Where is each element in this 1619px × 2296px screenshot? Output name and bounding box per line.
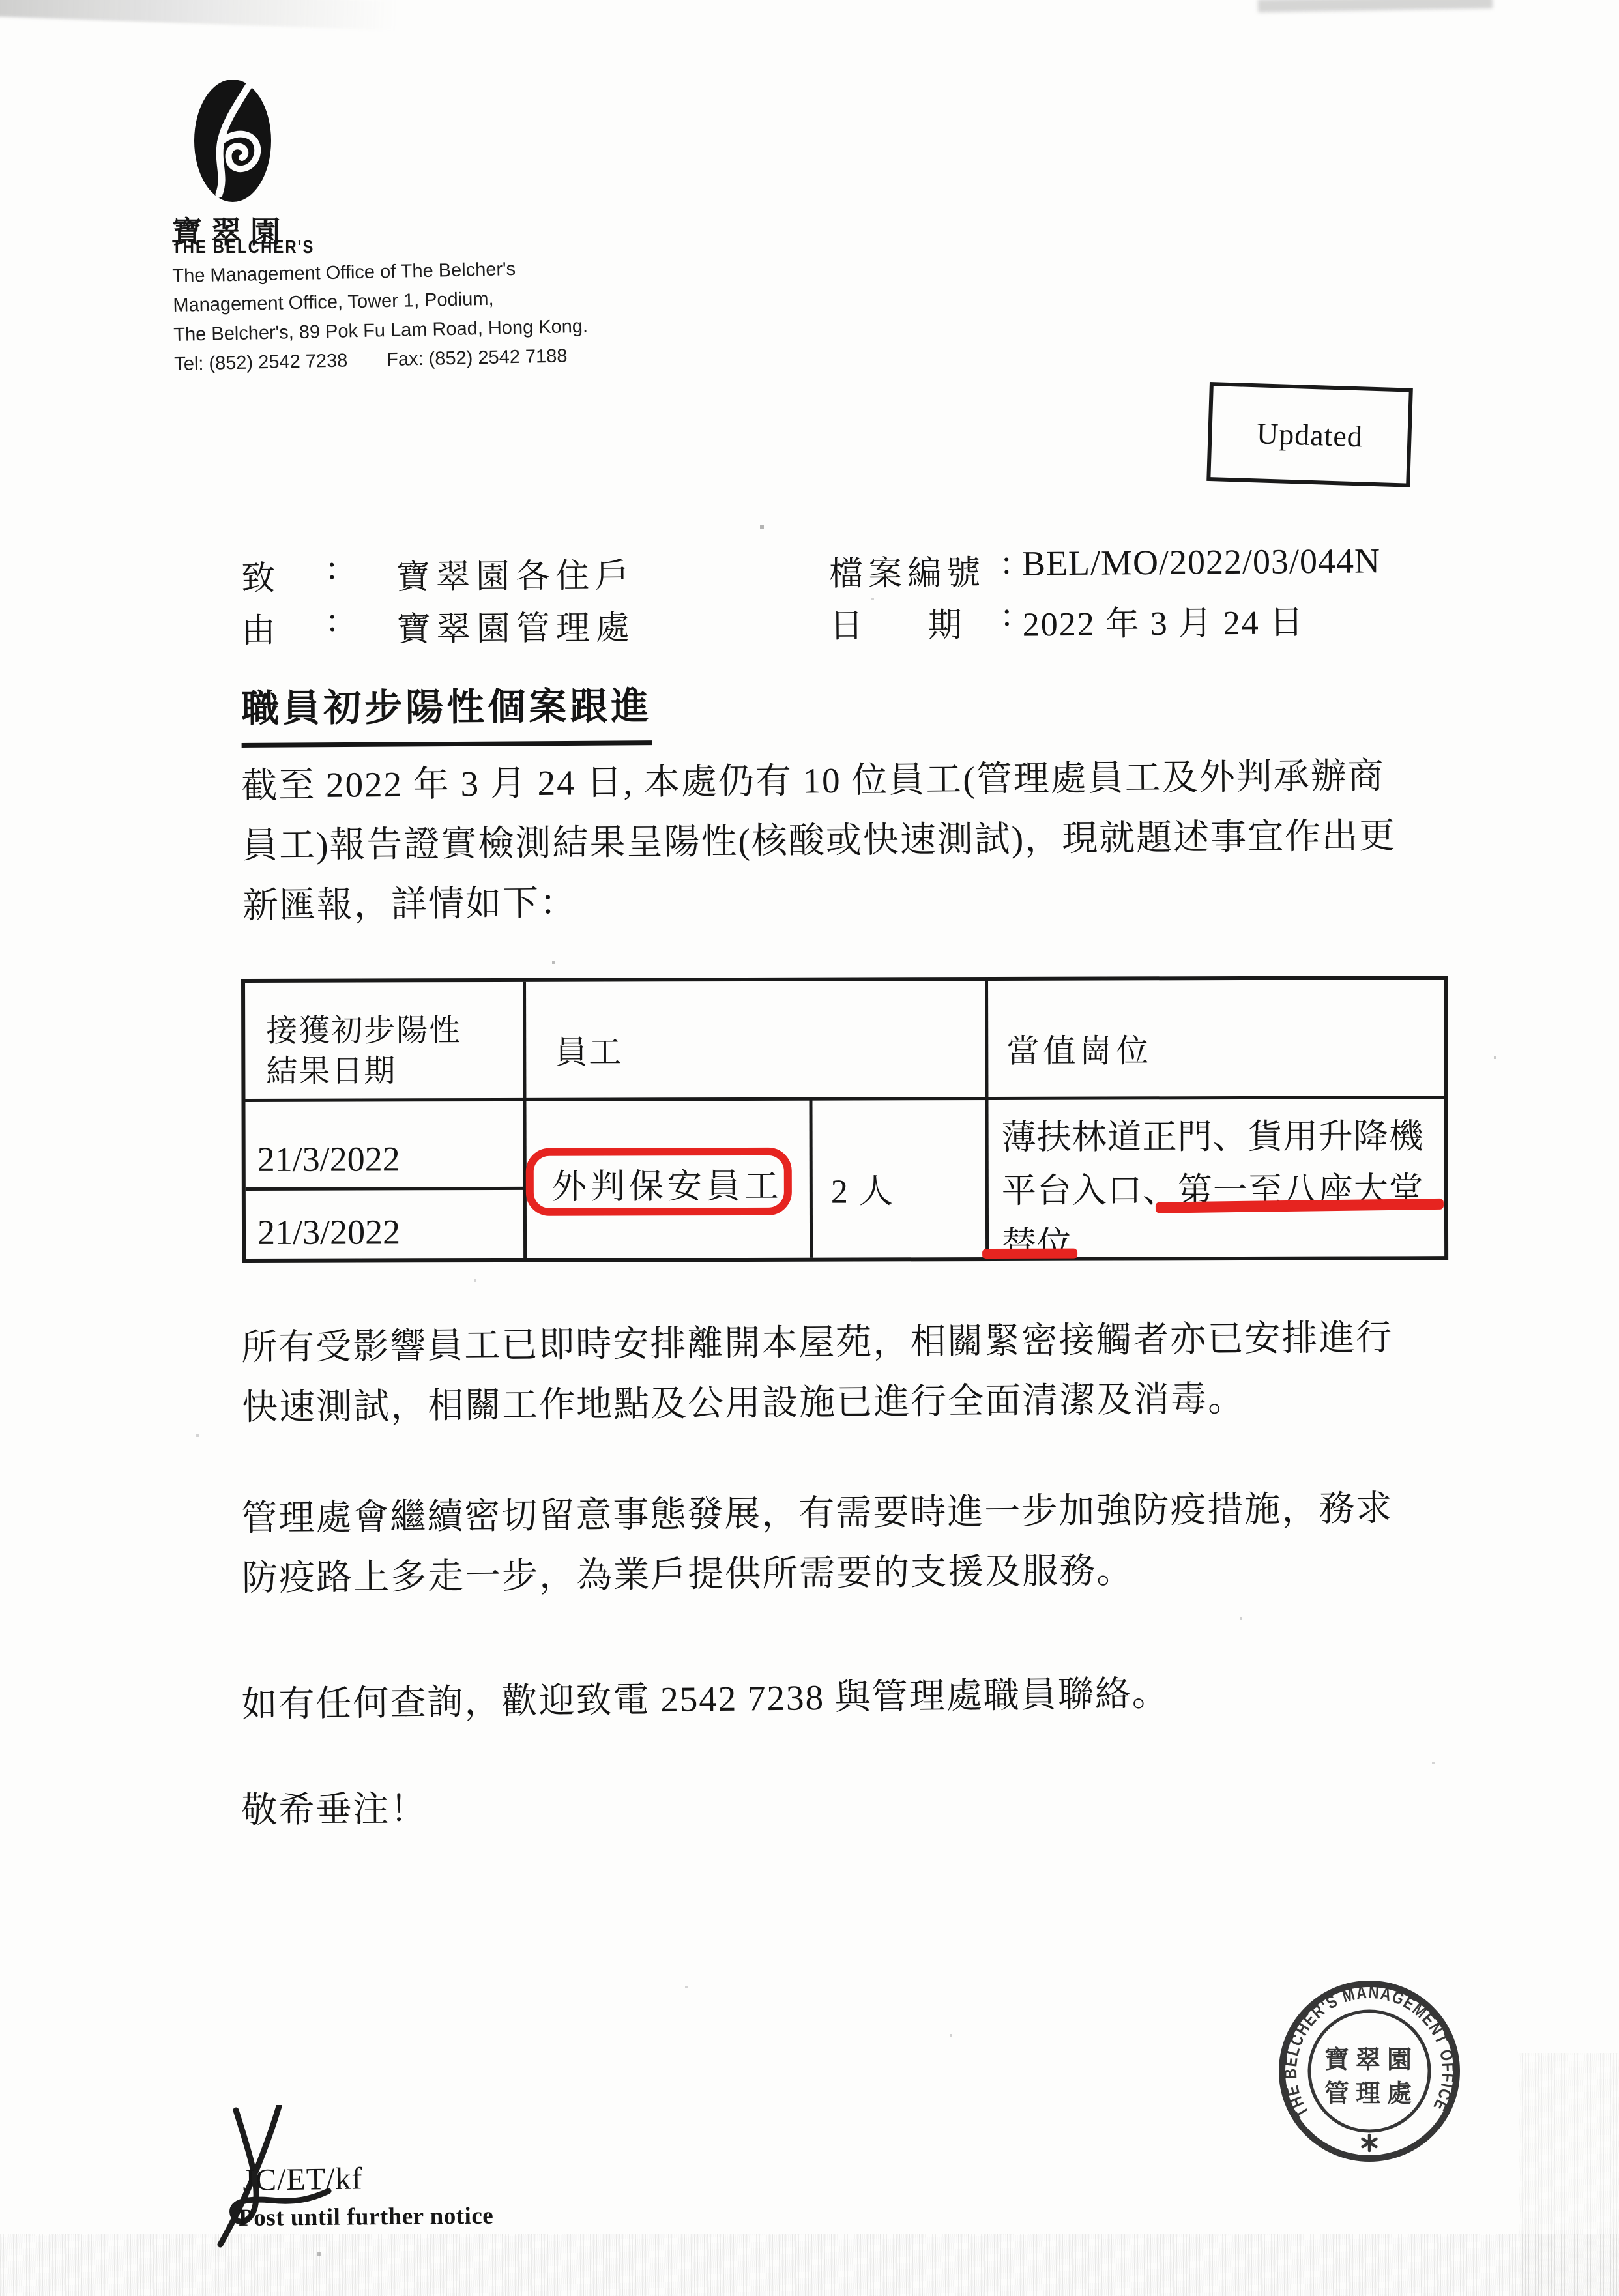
table-header-duty: 當值崗位 — [1006, 1024, 1152, 1072]
post-notice-label: Post until further notice — [239, 2202, 493, 2232]
to-label: 致 — [241, 551, 277, 600]
file-number-value: BEL/MO/2022/03/044N — [1022, 540, 1380, 583]
page-title: 職員初步陽性個案跟進 — [241, 675, 652, 748]
date-colon: : — [1002, 596, 1013, 634]
stamp-inner-line-1: 寶翠園 — [1324, 2046, 1418, 2074]
paragraph-line: 管理處會繼續密切留意事態發展，有需要時進一步加強防疫措施，務求 — [241, 1479, 1393, 1548]
paragraph-line: 防疫路上多走一步，為業戶提供所需要的支援及服務。 — [242, 1539, 1394, 1608]
table-header-staff: 員工 — [555, 1026, 622, 1073]
file-number-label: 檔案編號 — [829, 545, 986, 595]
paragraph-line: 快速測試，相關工作地點及公用設施已進行全面清潔及消毒。 — [242, 1368, 1394, 1438]
table-line-col1 — [523, 982, 527, 1258]
meta-block: 致 : 寶翠園各住戶 由 : 寶翠園管理處 檔案編號 : BEL/MO/2022… — [0, 0, 1619, 660]
paragraph-4: 如有任何查詢，歡迎致電 2542 7238 與管理處職員聯絡。 — [241, 1664, 1169, 1735]
table-line-row-split — [246, 1187, 523, 1191]
from-colon: : — [327, 601, 338, 639]
to-value: 寶翠園各住戶 — [396, 547, 635, 598]
paragraph-3: 管理處會繼續密切留意事態發展，有需要時進一步加強防疫措施，務求 防疫路上多走一步… — [241, 1479, 1394, 1608]
stamp-asterisk-icon — [1363, 2135, 1377, 2151]
file-number-colon: : — [1002, 544, 1013, 582]
table-line-col2 — [985, 981, 989, 1257]
from-label: 由 — [241, 603, 277, 652]
table-line-header — [245, 1096, 1444, 1102]
reference-initials: JC/ET/kf — [242, 2160, 363, 2198]
table-cell-duty: 薄扶林道正門、貨用升降機 平台入口、第一至八座大堂 替位 — [1002, 1110, 1425, 1272]
paragraph-line: 截至 2022 年 3 月 24 日, 本處仍有 10 位員工(管理處員工及外判… — [241, 746, 1396, 816]
paragraph-line: 員工)報告證實檢測結果呈陽性(核酸或快速測試)，現就題述事宜作出更 — [242, 806, 1397, 876]
table-cell-count: 2 人 — [831, 1163, 894, 1212]
office-stamp-icon: THE BELCHER'S MANAGEMENT OFFICE 寶翠園 管理處 — [1275, 1977, 1464, 2166]
stamp-inner-line-2: 管理處 — [1324, 2080, 1418, 2108]
scan-speckles — [0, 0, 1, 1]
to-colon: : — [327, 549, 338, 587]
red-underline-annotation-2 — [982, 1249, 1077, 1259]
date-label-second: 期 — [927, 597, 963, 646]
paragraph-1: 截至 2022 年 3 月 24 日, 本處仍有 10 位員工(管理處員工及外判… — [241, 746, 1397, 936]
table-cell-staff: 外判保安員工 — [552, 1159, 783, 1209]
table-line-subcol — [809, 1097, 813, 1258]
from-value: 寶翠園管理處 — [396, 600, 635, 650]
paragraph-line: 所有受影響員工已即時安排離開本屋苑，相關緊密接觸者亦已安排進行 — [241, 1308, 1393, 1378]
table-cell-date-2: 21/3/2022 — [257, 1212, 400, 1253]
scanned-notice-page: 寶翠園 THE BELCHER'S The Management Office … — [0, 0, 1619, 2296]
paragraph-line: 新匯報，詳情如下： — [242, 866, 1397, 936]
table-cell-date-1: 21/3/2022 — [257, 1139, 400, 1180]
positive-cases-table: 接獲初步陽性 結果日期 員工 當值崗位 21/3/2022 21/3/2022 … — [241, 976, 1448, 1263]
scan-noise-bottom-right — [1519, 2053, 1619, 2296]
date-label-first: 日 — [829, 598, 865, 647]
table-header-date: 接獲初步陽性 結果日期 — [266, 1011, 461, 1092]
paragraph-2: 所有受影響員工已即時安排離開本屋苑，相關緊密接觸者亦已安排進行 快速測試，相關工… — [241, 1308, 1394, 1438]
date-value: 2022 年 3 月 24 日 — [1022, 594, 1305, 645]
paragraph-5: 敬希垂注！ — [241, 1779, 428, 1840]
